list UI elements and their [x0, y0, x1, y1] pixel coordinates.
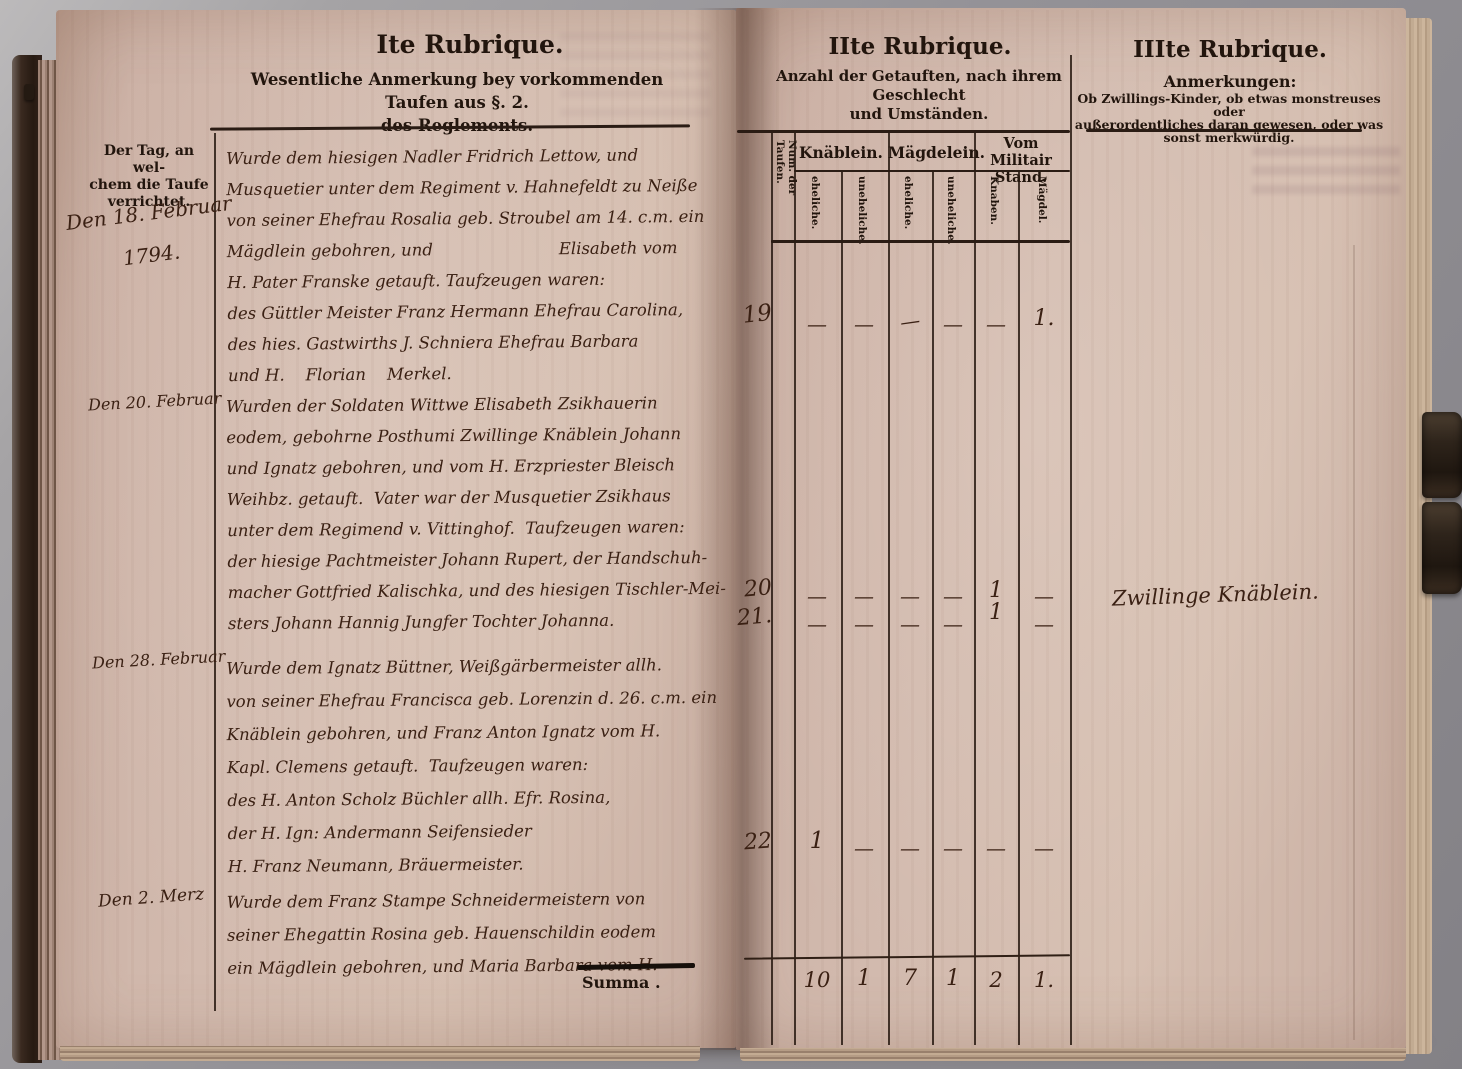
row19-cell-4: — [929, 312, 977, 336]
sub-label-maegdelein-uneheliche: uneheliche. [945, 176, 957, 238]
page-edges-bottom-right [740, 1048, 1406, 1061]
row19-num: 19 [727, 300, 773, 330]
summa-cell-4: 1 [929, 966, 977, 991]
row20-num: 20 [727, 575, 773, 604]
row21-cell-3: — [886, 612, 934, 636]
row21-cell-1: — [793, 612, 841, 636]
rubrique3-crease-line [1353, 245, 1355, 1040]
row19-cell-5: — [972, 312, 1020, 336]
entry2-text: Wurden der Soldaten Wittwe Elisabeth Zsi… [226, 387, 726, 639]
summa-cell-6: 1. [1020, 968, 1068, 992]
row22-cell-4: — [929, 836, 977, 860]
row20-cell-4: — [929, 584, 977, 608]
summa-cell-2: 1 [840, 966, 888, 991]
bleed-through-right [1252, 138, 1400, 194]
book-photo: Ite Rubrique. Wesentliche Anmerkung bey … [0, 0, 1462, 1069]
row22-cell-3: — [886, 836, 934, 860]
rubrique3-title: IIIte Rubrique. [1090, 36, 1370, 63]
group-maegdelein-label: Mägdelein. [888, 143, 974, 162]
rubrique2-3-divider [1070, 55, 1072, 1045]
summa-cell-3: 7 [886, 966, 934, 991]
row22-cell-5: — [972, 836, 1020, 860]
book-clasp-top [1422, 412, 1462, 498]
summa-label: Summa . [582, 973, 661, 992]
row19-cell-1: — [793, 312, 841, 336]
row21-cell-4: — [929, 612, 977, 636]
row21-cell-2: — [840, 612, 888, 636]
table-line-4 [932, 172, 934, 1045]
summa-cell-1: 10 [793, 968, 841, 992]
group-knaeblein-label: Knäblein. [794, 143, 888, 162]
row20-cell-2: — [840, 584, 888, 608]
sub-label-maegdelein-eheliche: eheliche. [902, 176, 914, 238]
rubrique3-underrule [1086, 129, 1362, 132]
row22-cell-6: — [1020, 836, 1068, 860]
entry1-text: Wurde dem hiesigen Nadler Fridrich Letto… [226, 139, 706, 391]
rubrique3-heading: Anmerkungen: [1090, 72, 1370, 91]
rubrique2-title: IIte Rubrique. [765, 33, 1075, 60]
header-underrule [771, 240, 1070, 243]
table-line-2 [841, 172, 843, 1045]
sub-label-knaeblein-uneheliche: uneheliche. [856, 176, 868, 238]
row20-cell-6: — [1020, 584, 1068, 608]
row21-cell-5: 1 [972, 600, 1020, 625]
spine-pin [24, 84, 34, 100]
book-clasp-bottom [1422, 502, 1462, 594]
sub-label-militair-knaben: Knaben. [988, 176, 1000, 238]
row21-num: 21. [727, 603, 773, 632]
row22-cell-1: 1 [793, 828, 841, 854]
row21-cell-6: — [1020, 612, 1068, 636]
summa-cell-5: 2 [972, 968, 1020, 992]
row22-cell-2: — [840, 836, 888, 860]
row19-cell-6: 1. [1020, 306, 1068, 331]
sub-label-militair-maegdel: Mägdel. [1036, 176, 1048, 238]
rubrique1-title: Ite Rubrique. [250, 30, 690, 59]
rubrique2-subtitle: Anzahl der Getauften, nach ihrem Geschle… [760, 67, 1078, 124]
table-top-rule [737, 130, 1070, 133]
rubrique3-body: Ob Zwillings-Kinder, ob etwas monstreuse… [1072, 92, 1386, 144]
page-edges-bottom-left [60, 1046, 700, 1061]
row20-cell-1: — [793, 584, 841, 608]
sub-label-knaeblein-eheliche: eheliche. [809, 176, 821, 238]
entry3-text: Wurde dem Ignatz Büttner, Weißgärbermeis… [226, 648, 719, 883]
row22-num: 22 [727, 828, 773, 856]
row19-cell-2: — [840, 312, 888, 336]
row20-cell-3: — [886, 584, 934, 608]
group-militair-label: Vom Militair Stand. [972, 135, 1070, 186]
